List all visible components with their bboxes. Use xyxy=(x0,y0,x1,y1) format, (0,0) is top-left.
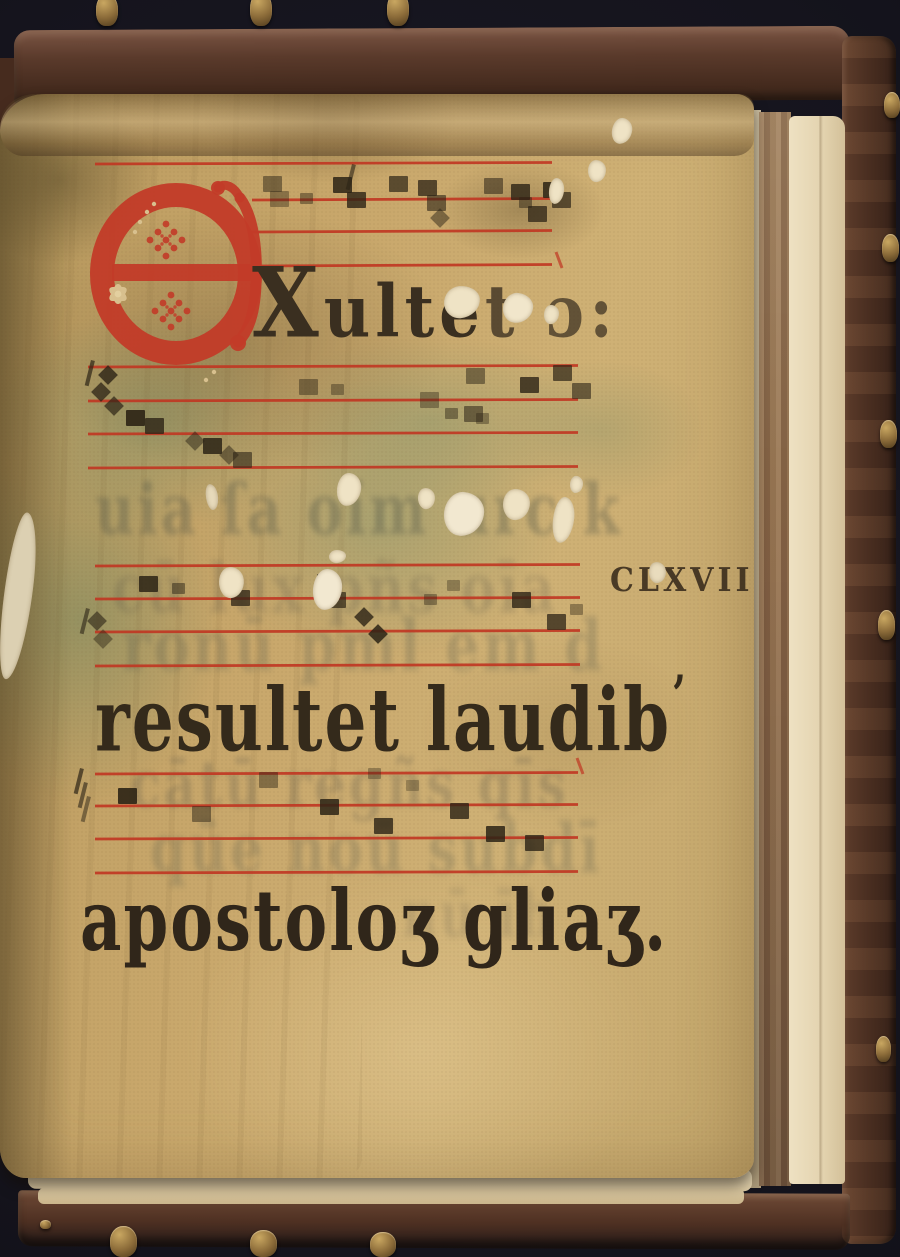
neume xyxy=(299,379,318,395)
neume xyxy=(525,835,544,851)
brass-boss xyxy=(370,1232,396,1257)
neume xyxy=(320,799,339,815)
neume xyxy=(172,583,185,594)
neume xyxy=(447,580,460,591)
staff-line xyxy=(95,665,580,667)
neume xyxy=(406,780,419,791)
staff-line xyxy=(88,400,578,402)
neume xyxy=(192,806,211,822)
brass-boss xyxy=(876,1036,891,1062)
neume xyxy=(259,772,278,788)
brass-boss xyxy=(40,1220,51,1229)
neume xyxy=(512,592,531,608)
line2-body: resultet laudib xyxy=(95,669,671,772)
staff-line xyxy=(95,163,552,165)
brass-boss xyxy=(884,92,900,118)
neume xyxy=(484,178,503,194)
neume xyxy=(466,368,485,384)
book-photo: uia ſa oīm urc kcū lux pñs oīaronū pml e… xyxy=(0,0,900,1257)
staff-line xyxy=(95,631,580,633)
staff-line xyxy=(95,565,580,567)
neume xyxy=(553,365,572,381)
neume xyxy=(203,438,222,454)
neume xyxy=(118,788,137,804)
brass-boss xyxy=(250,1230,277,1257)
neume xyxy=(145,418,164,434)
neume xyxy=(368,624,388,644)
neume xyxy=(570,604,583,615)
neume xyxy=(520,377,539,393)
neume xyxy=(85,360,95,386)
neume xyxy=(547,614,566,630)
initial-dot-cluster-upper xyxy=(147,221,186,260)
neume xyxy=(427,195,446,211)
chant-text-line-3: apostoloʒ gliaʒ. xyxy=(80,880,668,964)
neume xyxy=(263,176,282,192)
illuminated-initial-e: E xyxy=(0,0,256,382)
staff-line xyxy=(88,467,578,469)
brass-boss xyxy=(110,1226,137,1257)
neume xyxy=(424,594,437,605)
staff-line xyxy=(95,838,578,840)
neume xyxy=(300,193,313,204)
staff-line xyxy=(252,199,552,201)
neume xyxy=(528,206,547,222)
neume xyxy=(139,576,158,592)
neume xyxy=(476,413,489,424)
brass-boss xyxy=(882,234,899,262)
brass-boss xyxy=(96,0,118,26)
line2-abbreviation: ʼ xyxy=(671,665,687,727)
neume xyxy=(420,392,439,408)
brass-boss xyxy=(880,420,897,448)
staff-line xyxy=(88,366,578,368)
neume xyxy=(445,408,458,419)
brass-boss xyxy=(878,610,895,640)
staff-line xyxy=(252,231,552,233)
neume xyxy=(450,803,469,819)
brass-boss xyxy=(387,0,409,26)
neume xyxy=(87,611,107,631)
line1-initial-x: X xyxy=(252,247,324,360)
neume xyxy=(104,396,124,416)
neume xyxy=(418,180,437,196)
neume xyxy=(486,826,505,842)
neume xyxy=(430,208,450,228)
neume xyxy=(270,191,289,207)
neume xyxy=(91,382,111,402)
staff-line xyxy=(95,773,578,775)
folio-number: CLXVII xyxy=(610,562,754,600)
neume xyxy=(347,192,366,208)
neume xyxy=(374,818,393,834)
chant-text-line-2: resultet laudibʼ xyxy=(95,670,687,764)
neume xyxy=(126,410,145,426)
neume xyxy=(572,383,591,399)
chant-text-line-1: Xultetɔ: xyxy=(252,256,618,352)
line3-body: apostoloʒ gliaʒ. xyxy=(80,872,668,971)
neume xyxy=(233,452,252,468)
neume xyxy=(354,607,374,627)
neume xyxy=(331,384,344,395)
brass-boss xyxy=(250,0,272,26)
chant-notation-layer: E xyxy=(0,0,900,1257)
initial-dot-cluster-lower xyxy=(152,292,191,331)
neume xyxy=(389,176,408,192)
